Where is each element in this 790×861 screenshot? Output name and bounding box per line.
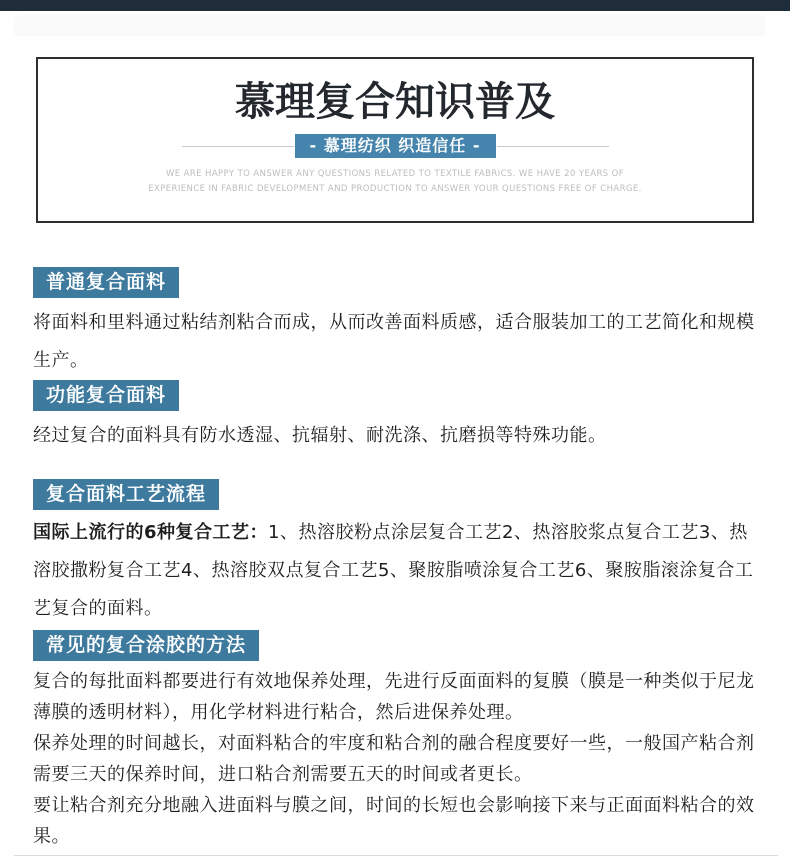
common-coating-methods-paragraph-group: 复合的每批面料都要进行有效地保养处理，先进行反面面料的复膜（膜是一种类似于尼龙薄… — [33, 666, 757, 852]
paragraph-ordinary-composite-fabric: 将面料和里料通过粘结剂粘合而成，从而改善面料质感，适合服装加工的工艺简化和规模生… — [33, 304, 757, 380]
section-heading-functional-composite-fabric: 功能复合面料 — [33, 380, 179, 411]
slogan-row: - 慕理纺织 织造信任 - — [38, 134, 752, 158]
page-title: 慕理复合知识普及 — [38, 79, 752, 125]
paragraph-coating-method-1: 复合的每批面料都要进行有效地保养处理，先进行反面面料的复膜（膜是一种类似于尼龙薄… — [33, 666, 757, 728]
section-2-heading-row: 功能复合面料 — [33, 380, 757, 411]
english-tagline-line2: EXPERIENCE IN FABRIC DEVELOPMENT AND PRO… — [38, 182, 752, 197]
page-top-divider-bar — [0, 0, 790, 11]
paragraph-functional-composite-fabric: 经过复合的面料具有防水透湿、抗辐射、耐洗涤、抗磨损等特殊功能。 — [33, 417, 757, 455]
slogan-left-divider-line — [182, 146, 294, 147]
english-tagline-line1: WE ARE HAPPY TO ANSWER ANY QUESTIONS REL… — [38, 167, 752, 182]
header-card: 慕理复合知识普及 - 慕理纺织 织造信任 - WE ARE HAPPY TO A… — [36, 57, 754, 223]
process-flow-lead-text: 国际上流行的6种复合工艺： — [33, 522, 268, 543]
bottom-divider-line — [14, 855, 778, 856]
section-heading-common-coating-methods: 常见的复合涂胶的方法 — [33, 630, 259, 661]
section-3-heading-row: 复合面料工艺流程 — [33, 479, 757, 510]
article-content: 普通复合面料 将面料和里料通过粘结剂粘合而成，从而改善面料质感，适合服装加工的工… — [0, 223, 790, 852]
faint-background-band — [14, 15, 766, 36]
slogan-right-divider-line — [497, 146, 609, 147]
section-4-heading-row: 常见的复合涂胶的方法 — [33, 630, 757, 661]
section-heading-composite-process-flow: 复合面料工艺流程 — [33, 479, 219, 510]
brand-slogan-badge: - 慕理纺织 织造信任 - — [295, 134, 496, 158]
paragraph-coating-method-3: 要让粘合剂充分地融入进面料与膜之间，时间的长短也会影响接下来与正面面料粘合的效果… — [33, 790, 757, 852]
paragraph-coating-method-2: 保养处理的时间越长，对面料粘合的牢度和粘合剂的融合程度要好一些，一般国产粘合剂需… — [33, 728, 757, 790]
section-1-heading-row: 普通复合面料 — [33, 267, 757, 298]
paragraph-composite-process-flow: 国际上流行的6种复合工艺：1、热溶胶粉点涂层复合工艺2、热溶胶浆点复合工艺3、热… — [33, 514, 757, 628]
section-heading-ordinary-composite-fabric: 普通复合面料 — [33, 267, 179, 298]
